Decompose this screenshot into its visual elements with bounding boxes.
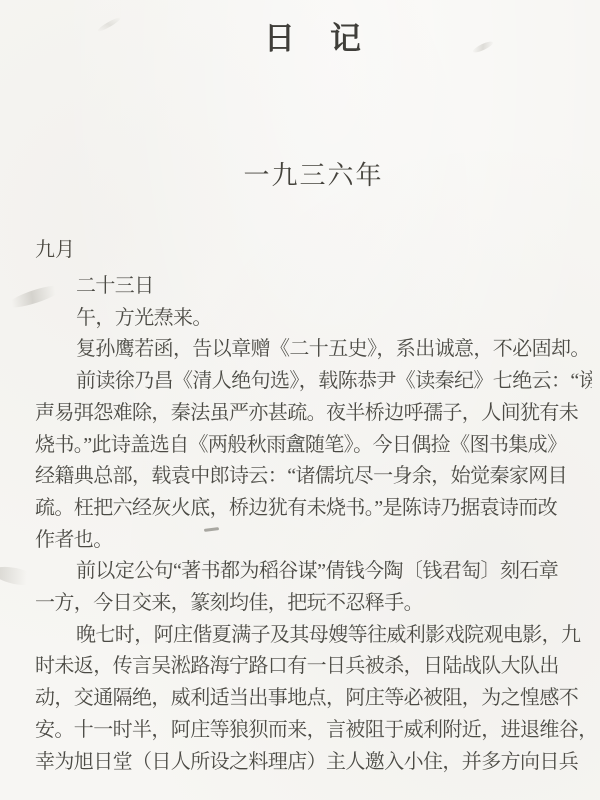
month-heading: 九月: [35, 233, 592, 262]
diary-line: 晚七时，阿庄偕夏满子及其母嫂等往威利影戏院观电影，九: [35, 620, 592, 652]
page-title: 日 记: [35, 13, 592, 58]
diary-line: 前读徐乃昌《清人绝句选》，载陈恭尹《读秦纪》七绝云：“谤: [35, 366, 592, 398]
diary-line: 声易弭怨难除，秦法虽严亦甚疏。夜半桥边呼孺子，人间犹有未: [35, 398, 592, 430]
diary-body: 二十三日 午，方光焘来。 复孙鹰若函，告以章赠《二十五史》，系出诚意，不必固却。…: [35, 271, 592, 778]
diary-line: 一方，今日交来，篆刻均佳，把玩不忍释手。: [35, 588, 592, 620]
diary-line: 经籍典总部，载袁中郎诗云：“诸儒坑尽一身余，始觉秦家网目: [35, 461, 592, 493]
diary-line: 作者也。: [35, 525, 592, 557]
diary-line: 复孙鹰若函，告以章赠《二十五史》，系出诚意，不必固却。: [35, 334, 592, 366]
diary-line: 前以定公句“著书都为稻谷谋”倩钱今陶〔钱君匋〕刻石章: [35, 556, 592, 588]
scanned-book-page: 日 记 一九三六年 九月 二十三日 午，方光焘来。 复孙鹰若函，告以章赠《二十五…: [0, 0, 600, 800]
diary-line: 时未返，传言吴淞路海宁路口有一日兵被杀，日陆战队大队出: [35, 651, 592, 683]
diary-line: 动，交通隔绝，威利适当出事地点，阿庄等必被阻，为之惶感不: [35, 683, 592, 715]
diary-line: 烧书。”此诗盖选自《两般秋雨盦随笔》。今日偶捡《图书集成》: [35, 430, 592, 462]
diary-line: 安。十一时半，阿庄等狼狈而来，言被阻于威利附近，进退维谷，: [35, 715, 592, 747]
scan-artifact-smudge: [0, 563, 39, 588]
diary-line: 幸为旭日堂（日人所设之料理店）主人邀入小住，并多方向日兵: [35, 747, 592, 779]
diary-date-line: 二十三日: [35, 271, 592, 303]
diary-line: 疏。枉把六经灰火底，桥边犹有未烧书。”是陈诗乃据袁诗而改: [35, 493, 592, 525]
diary-line: 午，方光焘来。: [35, 303, 592, 335]
year-heading: 一九三六年: [35, 155, 592, 192]
